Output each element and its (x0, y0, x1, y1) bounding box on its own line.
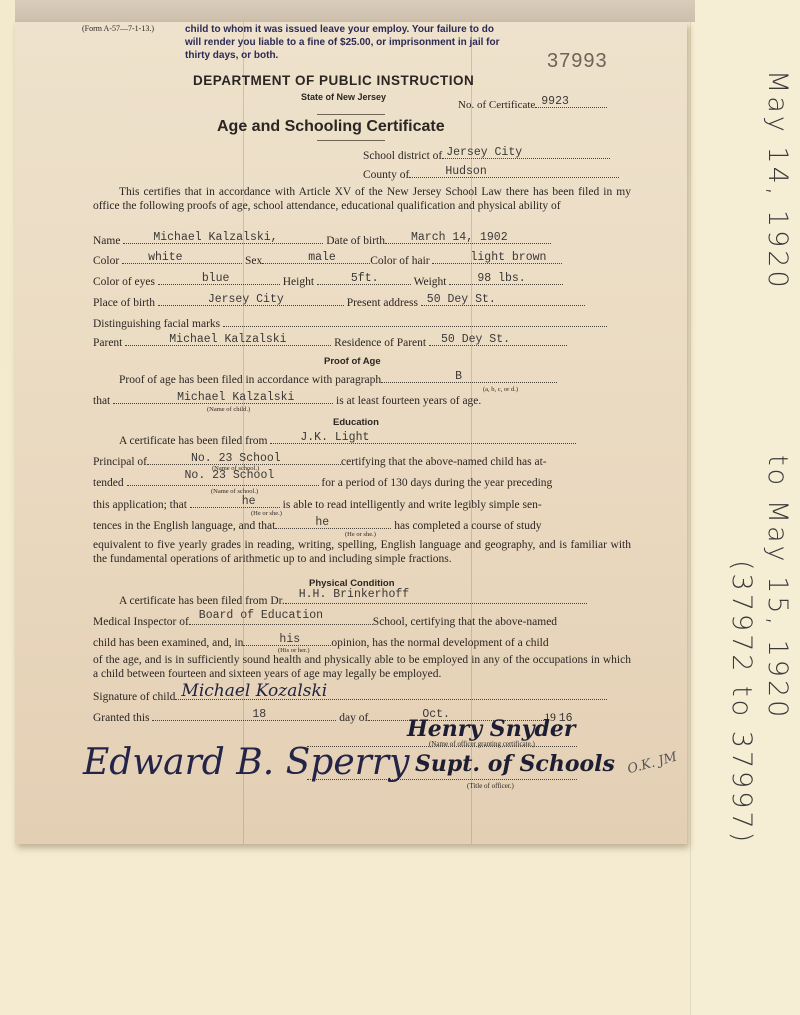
english-label: tences in the English language, and that (93, 520, 275, 532)
examined-row: child has been examined, and, inhisopini… (93, 635, 549, 649)
facial-marks-row: Distinguishing facial marks (93, 316, 607, 330)
proof-of-age-statement: is at least fourteen years of age. (336, 395, 481, 407)
name-row: Name Michael Kalzalski, Date of birthMar… (93, 233, 551, 247)
form-number: (Form A-57—7-1-13.) (82, 24, 154, 33)
principal-statement: certifying that the above-named child ha… (341, 456, 547, 468)
margin-note-date-end: to May 15, 1920 (762, 455, 793, 720)
principal-row: Principal ofNo. 23 Schoolcertifying that… (93, 454, 547, 468)
color-label: Color (93, 255, 119, 267)
granted-day: 18 (252, 708, 266, 721)
english-row: tences in the English language, and that… (93, 518, 541, 532)
inspector-of: Board of Education (199, 609, 323, 622)
sex-value: male (308, 251, 336, 264)
color-value: white (148, 251, 183, 264)
pronoun-hint: (He or she.) (345, 531, 376, 538)
doctor-name: H.H. Brinkerhoff (299, 588, 409, 601)
margin-note-date-start: May 14, 1920 (762, 70, 793, 291)
attended-school: No. 23 School (185, 469, 275, 482)
officer-signature: Henry Snyder (407, 716, 575, 742)
county-label: County of (363, 169, 409, 181)
education-filed-row: A certificate has been filed from J.K. L… (119, 433, 576, 447)
inspector-label: Medical Inspector of (93, 616, 189, 628)
name-label: Name (93, 235, 120, 247)
weight-value: 98 lbs. (477, 272, 525, 285)
birthplace-value: Jersey City (208, 293, 284, 306)
weight-label: Weight (414, 276, 447, 288)
that-label: that (93, 395, 110, 407)
intro-paragraph: This certifies that in accordance with A… (93, 185, 631, 213)
state-label: State of New Jersey (301, 92, 386, 102)
divider (317, 140, 385, 141)
proof-of-age-heading: Proof of Age (324, 356, 381, 367)
certificate-number: 9923 (541, 95, 569, 108)
school-district-value: Jersey City (446, 146, 522, 159)
hair-value: light brown (470, 251, 546, 264)
pronoun-1: he (242, 495, 256, 508)
address-label: Present address (347, 297, 418, 309)
opinion-statement: opinion, has the normal development of a… (331, 637, 548, 649)
officer-title: Supt. of Schools (415, 751, 615, 777)
parent-label: Parent (93, 337, 122, 349)
superintendent-signature: Edward B. Sperry (83, 742, 409, 783)
stamp-line-2: will render you liable to a fine of $25.… (185, 37, 500, 49)
attended-row: tended No. 23 School for a period of 130… (93, 475, 552, 489)
child-name: Michael Kalzalski, (153, 231, 277, 244)
officer-name-hint: (Name of officer granting certificate.) (429, 740, 535, 748)
officer-title-hint: (Title of officer.) (467, 782, 514, 790)
margin-strip: May 14, 1920 to May 15, 1920 (37972 to 3… (690, 0, 800, 1015)
parent-row: Parent Michael Kalzalski Residence of Pa… (93, 335, 567, 349)
department-heading: DEPARTMENT OF PUBLIC INSTRUCTION (193, 73, 474, 88)
education-filed-label: A certificate has been filed from (119, 435, 267, 447)
parent-value: Michael Kalzalski (169, 333, 286, 346)
folded-top-edge (15, 0, 695, 22)
hair-label: Color of hair (370, 255, 429, 267)
height-value: 5ft. (351, 272, 379, 285)
principal-label: Principal of (93, 456, 147, 468)
county-value: Hudson (445, 165, 486, 178)
education-filed-from: J.K. Light (300, 431, 369, 444)
sex-label: Sex (245, 255, 262, 267)
proof-child-row: that Michael Kalzalski is at least fourt… (93, 393, 481, 407)
application-row: this application; that he is able to rea… (93, 497, 542, 511)
parent-residence-value: 50 Dey St. (441, 333, 510, 346)
birthplace-row: Place of birth Jersey City Present addre… (93, 295, 585, 309)
eyes-label: Color of eyes (93, 276, 155, 288)
certificate-title: Age and Schooling Certificate (217, 118, 445, 136)
address-value: 50 Dey St. (427, 293, 496, 306)
attended-label: tended (93, 477, 124, 489)
proof-paragraph-row: Proof of age has been filed in accordanc… (119, 372, 557, 386)
pronoun-2: he (315, 516, 329, 529)
proof-paragraph-label: Proof of age has been filed in accordanc… (119, 374, 381, 386)
stamp-line-3: thirty days, or both. (185, 50, 278, 62)
physical-paragraph: of the age, and is in sufficiently sound… (93, 653, 631, 681)
county-field: County ofHudson (363, 167, 619, 181)
physician-pronoun: his (279, 633, 300, 646)
parent-residence-label: Residence of Parent (334, 337, 426, 349)
child-signature-label: Signature of child (93, 691, 175, 703)
education-heading: Education (333, 417, 379, 428)
divider (317, 114, 385, 115)
examined-label: child has been examined, and, in (93, 637, 243, 649)
facial-marks-label: Distinguishing facial marks (93, 318, 220, 330)
day-of-label: day of (339, 712, 368, 724)
certificate-number-field: No. of Certificate9923 (458, 97, 607, 111)
principal-school: No. 23 School (191, 452, 281, 465)
physical-filed-row: A certificate has been filed from Dr.H.H… (119, 593, 587, 607)
eyes-row: Color of eyes blue Height 5ft. Weight 98… (93, 274, 563, 288)
approval-initials: O.K. JM (626, 750, 679, 778)
eyes-value: blue (202, 272, 230, 285)
proof-paragraph-value: B (455, 370, 462, 383)
certificate-sheet: (Form A-57—7-1-13.) child to whom it was… (15, 22, 687, 844)
education-paragraph: equivalent to five yearly grades in read… (93, 538, 631, 566)
reading-statement: is able to read intelligently and write … (283, 499, 542, 511)
certificate-number-label: No. of Certificate (458, 99, 535, 111)
inspector-row: Medical Inspector ofBoard of EducationSc… (93, 614, 557, 628)
school-district-field: School district ofJersey City (363, 148, 610, 162)
margin-note-range: (37972 to 37997) (726, 560, 757, 845)
school-district-label: School district of (363, 150, 442, 162)
paragraph-hint: (a, b, c, or d.) (483, 386, 518, 393)
school-name-hint: (Name of school.) (211, 488, 258, 495)
application-label: this application; that (93, 499, 187, 511)
proof-child-name: Michael Kalzalski (177, 391, 294, 404)
serial-number: 37993 (547, 50, 608, 73)
dob-label: Date of birth (326, 235, 385, 247)
date-of-birth: March 14, 1902 (411, 231, 508, 244)
child-signature: Michael Kozalski (181, 681, 327, 701)
attendance-statement: for a period of 130 days during the year… (321, 477, 552, 489)
color-row: Color white SexmaleColor of hair light b… (93, 253, 562, 267)
child-name-hint: (Name of child.) (207, 406, 250, 413)
birthplace-label: Place of birth (93, 297, 155, 309)
granted-label: Granted this (93, 712, 150, 724)
child-signature-row: Signature of childMichael Kozalski (93, 689, 607, 703)
height-label: Height (283, 276, 314, 288)
study-statement: has completed a course of study (394, 520, 541, 532)
pronoun-hint: (He or she.) (251, 510, 282, 517)
stamp-line-1: child to whom it was issued leave your e… (185, 24, 494, 36)
inspector-statement: School, certifying that the above-named (373, 616, 557, 628)
physical-filed-label: A certificate has been filed from Dr. (119, 595, 285, 607)
